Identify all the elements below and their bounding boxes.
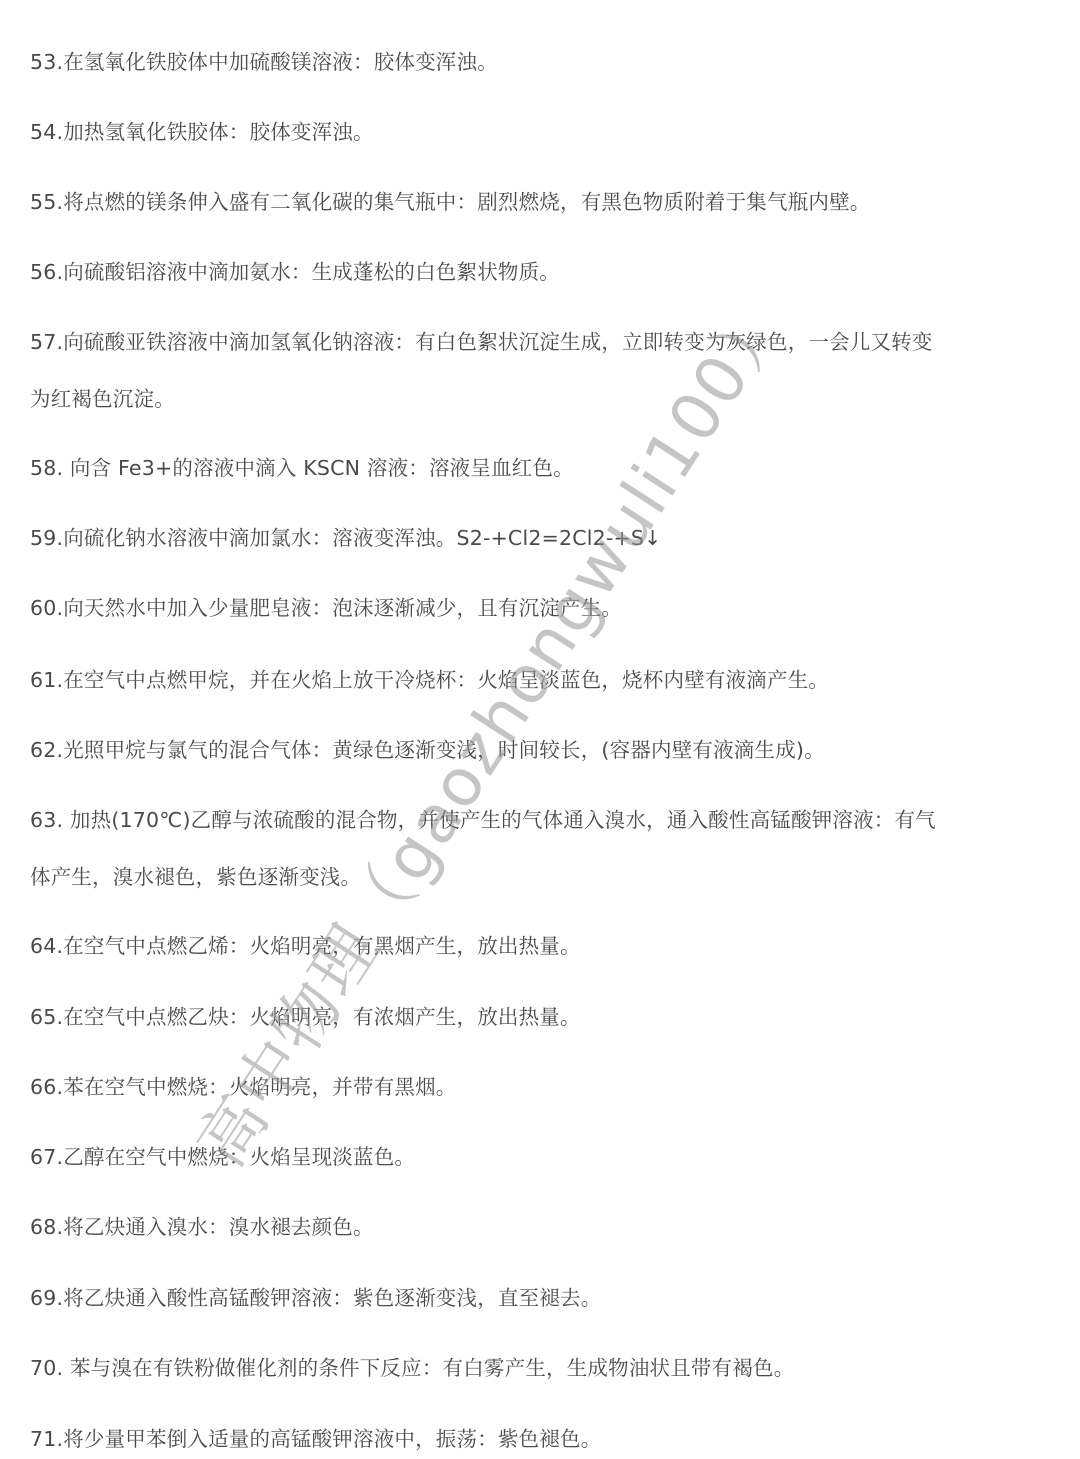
item-text: 加热氢氧化铁胶体：胶体变浑浊。 <box>63 120 374 144</box>
item-number: 70. <box>30 1356 63 1380</box>
item-text: 加热(170℃)乙醇与浓硫酸的混合物，并使产生的气体通入溴水，通入酸性高锰酸钾溶… <box>63 808 936 832</box>
item-number: 60. <box>30 596 63 620</box>
item-text-continued: 体产生，溴水褪色，紫色逐渐变浅。 <box>30 867 936 888</box>
item-number: 66. <box>30 1075 63 1099</box>
item-text-continued: 为红褐色沉淀。 <box>30 389 933 410</box>
item-text: 在氢氧化铁胶体中加硫酸镁溶液：胶体变浑浊。 <box>63 50 498 74</box>
item-text: 苯与溴在有铁粉做催化剂的条件下反应：有白雾产生，生成物油状且带有褐色。 <box>63 1356 794 1380</box>
list-item-55: 55.将点燃的镁条伸入盛有二氧化碳的集气瓶中：剧烈燃烧，有黑色物质附着于集气瓶内… <box>30 192 871 213</box>
item-number: 53. <box>30 50 63 74</box>
list-item-70: 70. 苯与溴在有铁粉做催化剂的条件下反应：有白雾产生，生成物油状且带有褐色。 <box>30 1358 794 1379</box>
list-item-60: 60.向天然水中加入少量肥皂液：泡沫逐渐减少，且有沉淀产生。 <box>30 598 622 619</box>
list-item-53: 53.在氢氧化铁胶体中加硫酸镁溶液：胶体变浑浊。 <box>30 52 498 73</box>
item-number: 58. <box>30 456 63 480</box>
item-number: 57. <box>30 330 63 354</box>
item-number: 54. <box>30 120 63 144</box>
item-text: 光照甲烷与氯气的混合气体：黄绿色逐渐变浅，时间较长，(容器内壁有液滴生成)。 <box>63 738 825 762</box>
item-number: 64. <box>30 934 63 958</box>
item-number: 56. <box>30 260 63 284</box>
item-text: 在空气中点燃乙炔：火焰明亮，有浓烟产生，放出热量。 <box>63 1005 581 1029</box>
item-text: 向硫酸亚铁溶液中滴加氢氧化钠溶液：有白色絮状沉淀生成，立即转变为灰绿色，一会儿又… <box>63 330 932 354</box>
item-text: 向硫酸铝溶液中滴加氨水：生成蓬松的白色絮状物质。 <box>63 260 560 284</box>
list-item-67: 67.乙醇在空气中燃烧：火焰呈现淡蓝色。 <box>30 1147 415 1168</box>
item-text: 向硫化钠水溶液中滴加氯水：溶液变浑浊。S2-+Cl2=2Cl2-+S↓ <box>63 526 661 550</box>
item-number: 59. <box>30 526 63 550</box>
item-number: 71. <box>30 1427 63 1451</box>
item-number: 55. <box>30 190 63 214</box>
item-text: 向天然水中加入少量肥皂液：泡沫逐渐减少，且有沉淀产生。 <box>63 596 622 620</box>
list-item-69: 69.将乙炔通入酸性高锰酸钾溶液：紫色逐渐变浅，直至褪去。 <box>30 1288 601 1309</box>
list-item-54: 54.加热氢氧化铁胶体：胶体变浑浊。 <box>30 122 374 143</box>
item-number: 62. <box>30 738 63 762</box>
list-item-59: 59.向硫化钠水溶液中滴加氯水：溶液变浑浊。S2-+Cl2=2Cl2-+S↓ <box>30 528 661 549</box>
item-number: 67. <box>30 1145 63 1169</box>
item-text: 将点燃的镁条伸入盛有二氧化碳的集气瓶中：剧烈燃烧，有黑色物质附着于集气瓶内壁。 <box>63 190 870 214</box>
item-number: 69. <box>30 1286 63 1310</box>
item-text: 将乙炔通入酸性高锰酸钾溶液：紫色逐渐变浅，直至褪去。 <box>63 1286 601 1310</box>
item-number: 61. <box>30 668 63 692</box>
item-text: 在空气中点燃乙烯：火焰明亮，有黑烟产生，放出热量。 <box>63 934 581 958</box>
item-text: 苯在空气中燃烧：火焰明亮，并带有黑烟。 <box>63 1075 456 1099</box>
item-number: 65. <box>30 1005 63 1029</box>
list-item-56: 56.向硫酸铝溶液中滴加氨水：生成蓬松的白色絮状物质。 <box>30 262 560 283</box>
list-item-62: 62.光照甲烷与氯气的混合气体：黄绿色逐渐变浅，时间较长，(容器内壁有液滴生成)… <box>30 740 825 761</box>
item-text: 向含 Fe3+的溶液中滴入 KSCN 溶液：溶液呈血红色。 <box>63 456 574 480</box>
list-item-64: 64.在空气中点燃乙烯：火焰明亮，有黑烟产生，放出热量。 <box>30 936 581 957</box>
watermark-layer: 高中物理（gaozhongwuli100） <box>0 0 1080 1459</box>
item-text: 在空气中点燃甲烷，并在火焰上放干冷烧杯：火焰呈淡蓝色，烧杯内壁有液滴产生。 <box>63 668 829 692</box>
list-item-61: 61.在空气中点燃甲烷，并在火焰上放干冷烧杯：火焰呈淡蓝色，烧杯内壁有液滴产生。 <box>30 670 829 691</box>
item-text: 乙醇在空气中燃烧：火焰呈现淡蓝色。 <box>63 1145 415 1169</box>
item-number: 68. <box>30 1215 63 1239</box>
list-item-68: 68.将乙炔通入溴水：溴水褪去颜色。 <box>30 1217 374 1238</box>
item-text: 将乙炔通入溴水：溴水褪去颜色。 <box>63 1215 374 1239</box>
list-item-71: 71.将少量甲苯倒入适量的高锰酸钾溶液中，振荡：紫色褪色。 <box>30 1429 601 1450</box>
list-item-63: 63. 加热(170℃)乙醇与浓硫酸的混合物，并使产生的气体通入溴水，通入酸性高… <box>30 810 936 887</box>
watermark: 高中物理（gaozhongwuli100） <box>170 375 740 1182</box>
list-item-66: 66.苯在空气中燃烧：火焰明亮，并带有黑烟。 <box>30 1077 457 1098</box>
list-item-58: 58. 向含 Fe3+的溶液中滴入 KSCN 溶液：溶液呈血红色。 <box>30 458 574 479</box>
item-number: 63. <box>30 808 63 832</box>
item-text: 将少量甲苯倒入适量的高锰酸钾溶液中，振荡：紫色褪色。 <box>63 1427 601 1451</box>
list-item-57: 57.向硫酸亚铁溶液中滴加氢氧化钠溶液：有白色絮状沉淀生成，立即转变为灰绿色，一… <box>30 332 933 409</box>
list-item-65: 65.在空气中点燃乙炔：火焰明亮，有浓烟产生，放出热量。 <box>30 1007 581 1028</box>
